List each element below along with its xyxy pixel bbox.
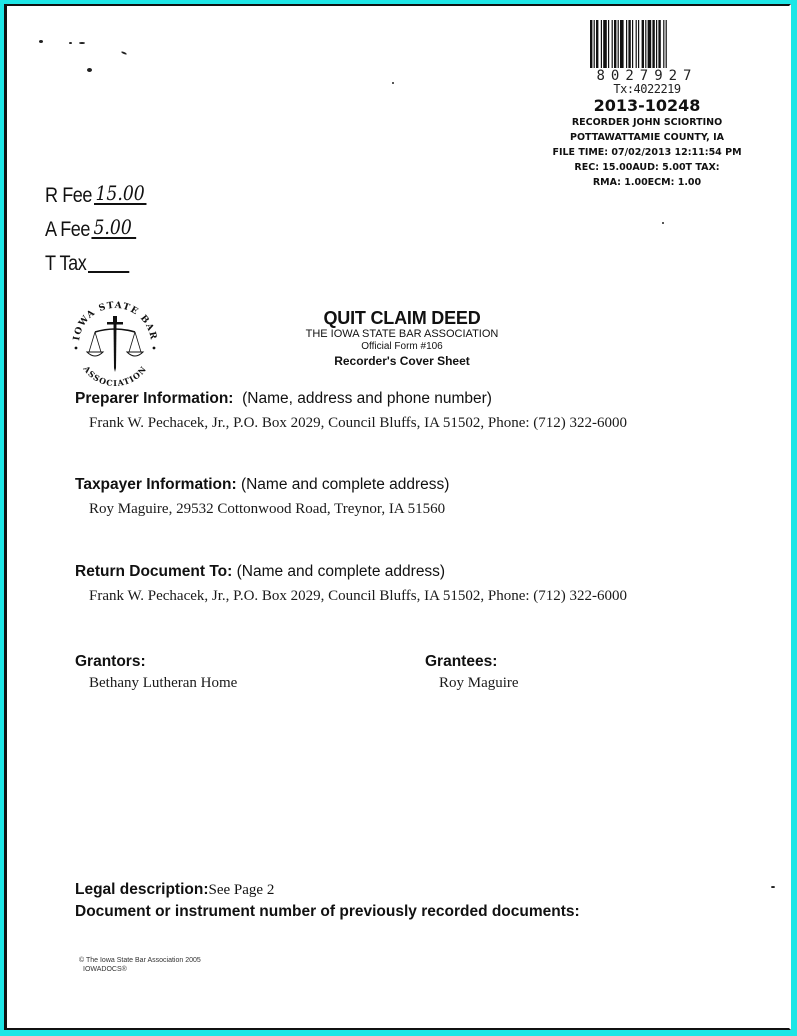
return-to-section: Return Document To: (Name and complete a… [75, 562, 627, 606]
fee-label: R Fee [45, 184, 92, 208]
scan-speck [121, 51, 127, 55]
fees-rma-ecm: RMA: 1.00ECM: 1.00 [542, 175, 752, 190]
scan-speck [392, 82, 394, 84]
fee-row-a: A Fee 5.00 [45, 208, 146, 242]
legal-description: Legal description:See Page 2 [75, 880, 274, 900]
form-organization: THE IOWA STATE BAR ASSOCIATION [267, 328, 537, 341]
grantees-value: Roy Maguire [439, 674, 519, 693]
scan-speck [87, 68, 92, 72]
recorder-stamp: 8027927 Tx:4022219 2013-10248 RECORDER J… [542, 20, 752, 190]
footer: © The Iowa State Bar Association 2005 IO… [79, 956, 201, 974]
recorder-county: POTTAWATTAMIE COUNTY, IA [542, 130, 752, 145]
grantors-section: Grantors: Bethany Lutheran Home [75, 652, 237, 693]
return-to-value: Frank W. Pechacek, Jr., P.O. Box 2029, C… [89, 587, 627, 606]
fee-row-r: R Fee 15.00 [45, 174, 146, 208]
preparer-value: Frank W. Pechacek, Jr., P.O. Box 2029, C… [89, 414, 627, 433]
fee-label: T Tax [45, 252, 86, 276]
grantors-value: Bethany Lutheran Home [89, 674, 237, 693]
fee-row-t: T Tax [45, 242, 146, 276]
scan-speck [39, 40, 43, 43]
fee-value: 5.00 [92, 217, 137, 239]
scan-speck [79, 42, 85, 44]
previous-documents-label: Document or instrument number of previou… [75, 902, 580, 922]
return-to-label: Return Document To: [75, 563, 232, 580]
file-time: FILE TIME: 07/02/2013 12:11:54 PM [542, 145, 752, 160]
fee-value [88, 271, 129, 273]
document-number: 2013-10248 [542, 96, 752, 115]
taxpayer-section: Taxpayer Information: (Name and complete… [75, 475, 449, 519]
scan-speck [771, 886, 775, 888]
fee-block: R Fee 15.00 A Fee 5.00 T Tax [45, 174, 163, 276]
bar-association-seal-icon: IOWA STATE BAR ASSOCIATION [65, 292, 165, 386]
grantees-section: Grantees: Roy Maguire [425, 652, 519, 693]
legal-description-label: Legal description: [75, 881, 209, 898]
scan-speck [662, 222, 664, 224]
barcode-icon [588, 20, 706, 68]
legal-description-value: See Page 2 [209, 882, 275, 898]
footer-brand: IOWADOCS® [79, 965, 201, 974]
form-title: QUIT CLAIM DEED [267, 308, 537, 328]
taxpayer-label: Taxpayer Information: [75, 476, 237, 493]
footer-copyright: © The Iowa State Bar Association 2005 [79, 956, 201, 965]
return-to-hint: (Name and complete address) [237, 563, 446, 580]
scan-speck [69, 42, 72, 44]
grantees-label: Grantees: [425, 653, 497, 670]
fees-rec-aud: REC: 15.00AUD: 5.00T TAX: [542, 160, 752, 175]
barcode-number: 8027927 [542, 69, 752, 83]
preparer-section: Preparer Information: (Name, address and… [75, 389, 627, 433]
document-page: 8027927 Tx:4022219 2013-10248 RECORDER J… [4, 4, 791, 1030]
recorder-name: RECORDER JOHN SCIORTINO [542, 115, 752, 130]
taxpayer-value: Roy Maguire, 29532 Cottonwood Road, Trey… [89, 500, 449, 519]
transaction-number: Tx:4022219 [542, 83, 752, 95]
taxpayer-hint: (Name and complete address) [241, 476, 450, 493]
fee-value: 15.00 [94, 183, 147, 205]
form-number: Official Form #106 [267, 341, 537, 353]
preparer-label: Preparer Information: [75, 390, 233, 407]
grantors-label: Grantors: [75, 653, 146, 670]
form-title-block: QUIT CLAIM DEED THE IOWA STATE BAR ASSOC… [267, 308, 537, 369]
preparer-hint: (Name, address and phone number) [242, 390, 492, 407]
fee-label: A Fee [45, 218, 90, 242]
form-sheet-title: Recorder's Cover Sheet [267, 353, 537, 369]
